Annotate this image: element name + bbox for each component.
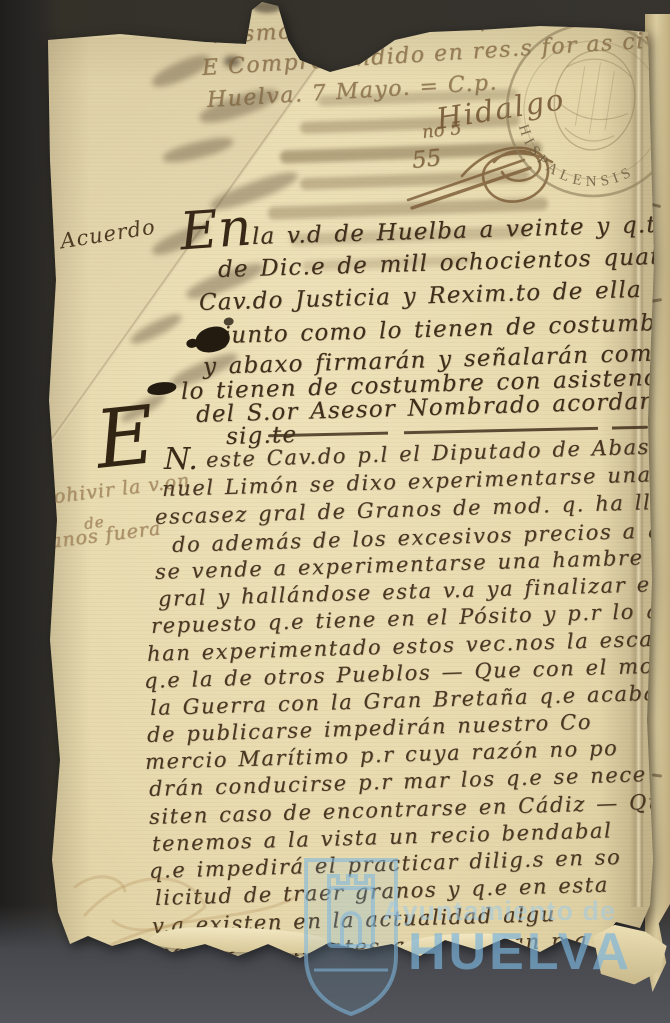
manuscript-scan: m.smo q. superviene p.r remitirle anE Co… [0, 0, 670, 1023]
ink-blot [193, 325, 231, 355]
paper-sheet: m.smo q. superviene p.r remitirle anE Co… [0, 0, 670, 1023]
ink-blot [145, 381, 180, 396]
bleedthrough-smudge [128, 310, 184, 348]
margin-heading-acuerdo: Acuerdo [59, 215, 158, 254]
paragraph2-initial: N. [164, 442, 198, 477]
ink-stamp: HISPALENSIS [498, 12, 670, 208]
torn-tab-smudge [252, 0, 282, 13]
paragraph1-initial: En [178, 198, 253, 263]
manuscript-page: m.smo q. superviene p.r remitirle anE Co… [0, 0, 670, 1023]
bleedthrough-smudge [161, 134, 235, 167]
bleedthrough-flourish [55, 835, 395, 985]
paragraph2-initial-flourish: E [92, 395, 158, 481]
